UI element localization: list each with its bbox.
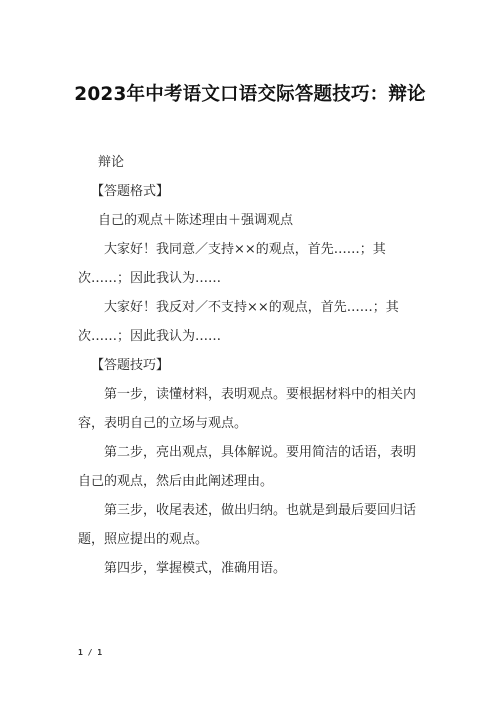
document-body: 辩论 【答题格式】 自己的观点＋陈述理由＋强调观点 大家好！我同意／支持××的观… [78,148,420,583]
paragraph-step-3: 第三步，收尾表述，做出归纳。也就是到最后要回归话题，照应提出的观点。 [78,496,420,554]
paragraph-step-2: 第二步，亮出观点，具体解说。要用简洁的话语，表明自己的观点，然后由此阐述理由。 [78,438,420,496]
paragraph-disagree-template: 大家好！我反对／不支持××的观点，首先……；其次……；因此我认为…… [78,293,420,351]
page-indicator: 1 / 1 [78,648,102,657]
paragraph-step-1: 第一步，读懂材料，表明观点。要根据材料中的相关内容，表明自己的立场与观点。 [78,380,420,438]
document-page: 2023年中考语文口语交际答题技巧：辩论 辩论 【答题格式】 自己的观点＋陈述理… [0,0,500,707]
paragraph-agree-template: 大家好！我同意／支持××的观点，首先……；其次……；因此我认为…… [78,235,420,293]
section-heading-format: 【答题格式】 [78,177,420,206]
paragraph-step-4: 第四步，掌握模式，准确用语。 [78,554,420,583]
document-title: 2023年中考语文口语交际答题技巧：辩论 [0,80,500,106]
paragraph-format-formula: 自己的观点＋陈述理由＋强调观点 [78,206,420,235]
section-subtitle: 辩论 [78,148,420,177]
section-heading-tips: 【答题技巧】 [78,351,420,380]
